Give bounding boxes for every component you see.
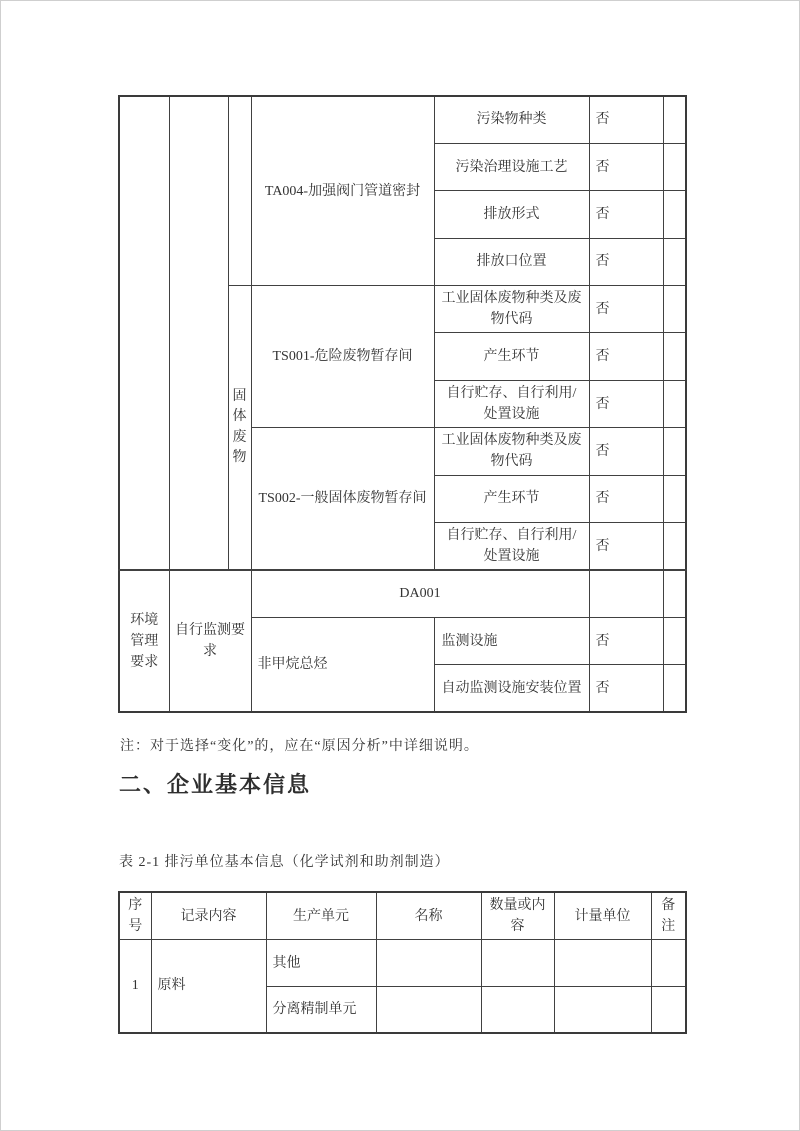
empty-cell xyxy=(376,940,481,987)
empty-cell xyxy=(663,380,686,427)
status-cell: 否 xyxy=(589,333,663,380)
empty-cell xyxy=(663,238,686,285)
empty-cell xyxy=(481,987,554,1033)
da-code-cell: DA001 xyxy=(251,570,589,617)
document-page: { "document": { "note": "注：对于选择“变化”的，应在“… xyxy=(0,0,800,1131)
empty-cell xyxy=(481,940,554,987)
header-cell: 记录内容 xyxy=(151,892,266,940)
item-label-cell: 污染治理设施工艺 xyxy=(434,143,589,190)
empty-cell xyxy=(663,475,686,522)
category-cell-empty xyxy=(119,96,169,570)
header-cell: 备注 xyxy=(651,892,686,940)
empty-cell xyxy=(663,428,686,475)
pollutant-name-cell: 非甲烷总烃 xyxy=(251,617,434,712)
category-cell: 环境管理要求 xyxy=(119,570,169,712)
header-cell: 名称 xyxy=(376,892,481,940)
empty-cell xyxy=(554,987,651,1033)
empty-cell xyxy=(663,191,686,238)
waste-type-cell: 固体废物 xyxy=(228,286,251,570)
status-cell: 否 xyxy=(589,238,663,285)
status-cell: 否 xyxy=(589,428,663,475)
empty-cell xyxy=(376,987,481,1033)
table-row: TA004-加强阀门管道密封 污染物种类 否 xyxy=(119,96,686,143)
empty-cell xyxy=(663,96,686,143)
item-label-cell: 产生环节 xyxy=(434,333,589,380)
header-row: 序号 记录内容 生产单元 名称 数量或内容 计量单位 备注 xyxy=(119,892,686,940)
facility-name-cell: TA004-加强阀门管道密封 xyxy=(251,96,434,286)
empty-cell xyxy=(651,940,686,987)
status-cell: 否 xyxy=(589,286,663,333)
item-label-cell: 自动监测设施安装位置 xyxy=(434,665,589,712)
index-cell: 1 xyxy=(119,940,151,1033)
empty-cell xyxy=(663,333,686,380)
header-cell: 生产单元 xyxy=(266,892,376,940)
status-cell: 否 xyxy=(589,191,663,238)
basic-info-table: 序号 记录内容 生产单元 名称 数量或内容 计量单位 备注 1 原料 其他 分离… xyxy=(118,891,687,1034)
empty-cell xyxy=(663,143,686,190)
facility-name-cell: TS002-一般固体废物暂存间 xyxy=(251,428,434,570)
header-cell: 数量或内容 xyxy=(481,892,554,940)
item-label-cell: 排放口位置 xyxy=(434,238,589,285)
empty-cell xyxy=(554,940,651,987)
item-label-cell: 监测设施 xyxy=(434,617,589,664)
item-label-cell: 产生环节 xyxy=(434,475,589,522)
empty-cell xyxy=(663,570,686,617)
item-label-cell: 自行贮存、自行利用/处置设施 xyxy=(434,380,589,427)
section-heading: 二、企业基本信息 xyxy=(119,768,311,799)
record-content-cell: 原料 xyxy=(151,940,266,1033)
empty-cell xyxy=(651,987,686,1033)
empty-cell xyxy=(663,665,686,712)
status-cell: 否 xyxy=(589,617,663,664)
item-label-cell: 工业固体废物种类及废物代码 xyxy=(434,428,589,475)
item-label-cell: 污染物种类 xyxy=(434,96,589,143)
item-label-cell: 排放形式 xyxy=(434,191,589,238)
facility-name-cell: TS001-危险废物暂存间 xyxy=(251,286,434,428)
header-cell: 计量单位 xyxy=(554,892,651,940)
status-cell: 否 xyxy=(589,143,663,190)
status-cell: 否 xyxy=(589,475,663,522)
item-label-cell: 自行贮存、自行利用/处置设施 xyxy=(434,523,589,571)
change-record-table: TA004-加强阀门管道密封 污染物种类 否 污染治理设施工艺 否 排放形式 否… xyxy=(118,95,687,713)
production-unit-cell: 分离精制单元 xyxy=(266,987,376,1033)
empty-cell xyxy=(663,286,686,333)
status-cell: 否 xyxy=(589,380,663,427)
status-cell: 否 xyxy=(589,665,663,712)
status-cell: 否 xyxy=(589,96,663,143)
note-text: 注：对于选择“变化”的，应在“原因分析”中详细说明。 xyxy=(120,735,479,755)
header-cell: 序号 xyxy=(119,892,151,940)
production-unit-cell: 其他 xyxy=(266,940,376,987)
subcategory-cell: 自行监测要求 xyxy=(169,570,251,712)
status-cell: 否 xyxy=(589,523,663,571)
item-label-cell: 工业固体废物种类及废物代码 xyxy=(434,286,589,333)
table-row: 1 原料 其他 xyxy=(119,940,686,987)
empty-cell xyxy=(589,570,663,617)
table-row: 环境管理要求 自行监测要求 DA001 xyxy=(119,570,686,617)
waste-type-cell-empty xyxy=(228,96,251,286)
empty-cell xyxy=(663,523,686,571)
table-caption: 表 2-1 排污单位基本信息（化学试剂和助剂制造） xyxy=(119,851,450,871)
subcategory-cell-empty xyxy=(169,96,228,570)
empty-cell xyxy=(663,617,686,664)
